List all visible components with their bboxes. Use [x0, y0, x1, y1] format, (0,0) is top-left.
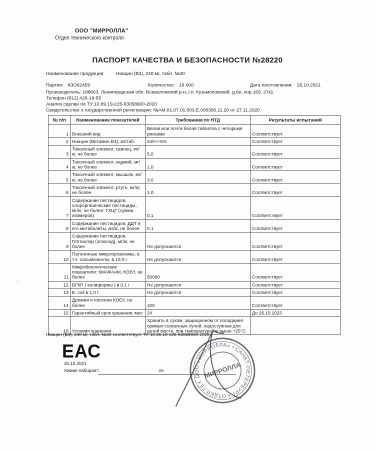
cell-num: 5 — [48, 171, 70, 184]
spec-table-body: 1Внешний видБелая или почти белая таблет… — [48, 125, 340, 335]
product-label: Наименование продукции: — [46, 71, 105, 77]
handwritten-initials: вв — [159, 368, 164, 373]
header-name: Наименование показателей — [70, 115, 145, 125]
field-product: Наименование продукции: Ниацин (В3), 240… — [46, 71, 185, 77]
phone-line: Телефон (812) 426-18-55 — [46, 96, 101, 102]
cell-req: 0,1 — [145, 197, 250, 220]
cell-name: Содержание пестицидов, хлорорганические … — [70, 197, 145, 220]
batch-value: КЗО92459 — [68, 83, 90, 89]
cell-req: 50000 — [145, 263, 250, 281]
scan-artifact: ‚ — [11, 420, 12, 425]
field-made-date: Дата изготовления: 26.10.2021 — [250, 83, 321, 89]
cell-num: 11 — [48, 263, 70, 281]
cell-req: Не допускаются — [145, 232, 250, 250]
cell-num: 13 — [48, 289, 70, 297]
cell-num: 1 — [48, 125, 70, 138]
table-row: 3Токсичный элемент, свинец, мг/кг, не бо… — [48, 145, 340, 158]
cell-name: Содержание пестицидов, ДДТ и его метабол… — [70, 220, 145, 233]
cell-req: Не допускаются — [145, 250, 250, 263]
cell-res: До 26.10.2023 — [250, 309, 340, 317]
scanned-document-page: ООО "МИРРОЛЛА" Отдел технического контро… — [0, 0, 375, 450]
cell-name: БГКП ( колиформы ) в 0,1 г — [70, 281, 145, 289]
cell-name: Дрожжи и плесени КОЕ/г, не более — [70, 296, 145, 309]
cell-req: 100 — [145, 296, 250, 309]
made-date-label: Дата изготовления: — [250, 83, 293, 89]
table-row: 4Токсичный элемент, кадмий, мг/кг, не бо… — [48, 158, 340, 171]
company-name: ООО "МИРРОЛЛА" — [75, 28, 128, 34]
department-name: Отдел технического контроля — [55, 36, 124, 42]
cell-name: Микробиологические показатели: КМАФАнМ, … — [70, 263, 145, 281]
cell-num: 8 — [48, 220, 70, 233]
cell-name: E. coli в 1,0 г — [70, 289, 145, 297]
cell-num: 2 — [48, 138, 70, 146]
cell-res: Соответствует — [250, 289, 340, 297]
table-row: 8Содержание пестицидов, ДДТ и его метабо… — [48, 220, 340, 233]
cell-name: Токсичный элемент, мышьяк, мг/кг, не бол… — [70, 171, 145, 184]
scan-artifact: ·˙ — [215, 428, 218, 433]
cell-num: 3 — [48, 145, 70, 158]
cell-name: Патогенные микроорганизмы, в т.ч. сальмо… — [70, 250, 145, 263]
cell-name: Содержание пестицидов, Гептахлор (эпокси… — [70, 232, 145, 250]
cell-res: Соответствует — [250, 232, 340, 250]
cell-num: 10 — [48, 250, 70, 263]
registration-line: Свидетельство о государственной регистра… — [46, 108, 260, 114]
table-row: 14Дрожжи и плесени КОЕ/г, не более100Соо… — [48, 296, 340, 309]
table-header-row: № п/п Наименование показателей Требовани… — [48, 115, 340, 125]
cell-num: 15 — [48, 309, 70, 317]
header-result: Результаты испытаний — [250, 115, 340, 125]
signature-stroke — [165, 326, 270, 411]
cell-num: 4 — [48, 158, 70, 171]
made-date-value: 26.10.2021 — [297, 83, 321, 89]
cell-num: 14 — [48, 296, 70, 309]
spec-table: № п/п Наименование показателей Требовани… — [48, 115, 341, 335]
table-row: 11Микробиологические показатели: КМАФАнМ… — [48, 263, 340, 281]
table-row: 9Содержание пестицидов, Гептахлор (эпокс… — [48, 232, 340, 250]
quantity-label: Количество: — [148, 83, 175, 89]
manufacturer-line: Производитель: 188663, Ленинградская обл… — [46, 90, 273, 96]
cell-num: 9 — [48, 232, 70, 250]
cell-req: 24 — [145, 309, 250, 317]
table-row: 15Гарантийный срок хранения, мес24До 26.… — [48, 309, 340, 317]
cell-req: 3,0 — [145, 171, 250, 184]
eac-mark-logo: ЕАС — [62, 340, 101, 362]
cell-res: Соответствует — [250, 171, 340, 184]
cell-res: Соответствует — [250, 263, 340, 281]
table-row: 13E. coli в 1,0 гНе допускаютсяСоответст… — [48, 289, 340, 297]
cell-name: Гарантийный срок хранения, мес — [70, 309, 145, 317]
table-row: 12БГКП ( колиформы ) в 0,1 гНе допускают… — [48, 281, 340, 289]
field-batch: Партия: КЗО92459 — [46, 83, 90, 89]
cell-num: 12 — [48, 281, 70, 289]
cell-name: Внешний вид — [70, 125, 145, 138]
cell-name: Ниацин (Витамин В3), мг/таб. — [70, 138, 145, 146]
scan-artifact: · — [14, 139, 16, 144]
table-row: 5Токсичный элемент, мышьяк, мг/кг, не бо… — [48, 171, 340, 184]
cell-req: Не допускаются — [145, 281, 250, 289]
table-row: 6Токсичный элемент, ртуть, мг/кг, не бол… — [48, 184, 340, 197]
scan-artifact: ˣ — [17, 280, 18, 285]
cell-res: Соответствует — [250, 197, 340, 220]
cell-res: Соответствует — [250, 125, 340, 138]
cell-name: Токсичный элемент, свинец, мг/кг, не бол… — [70, 145, 145, 158]
cell-res: Соответствует — [250, 158, 340, 171]
signatory-label: Химик-лаборант: — [64, 368, 100, 373]
cell-res: Соответствует — [250, 250, 340, 263]
analysis-line: Анализ сделан по ТУ 10.89.19-225-6305890… — [46, 102, 157, 108]
field-quantity: Количество: 19 000 — [148, 83, 194, 89]
cell-req: Белая или почти белая таблетка с четырьм… — [145, 125, 250, 138]
product-value: Ниацин (В3), 240 мг, табл. №40 — [116, 71, 185, 77]
cell-res: Соответствует — [250, 220, 340, 233]
cell-req: 1,0 — [145, 158, 250, 171]
table-row: 2Ниацин (Витамин В3), мг/таб.240+/-5%Соо… — [48, 138, 340, 146]
cell-num: 6 — [48, 184, 70, 197]
cell-res: Соответствует — [250, 145, 340, 158]
cell-req: Не допускаются — [145, 289, 250, 297]
signature-date: 26.10.2021 — [64, 361, 87, 366]
cell-res: Соответствует — [250, 296, 340, 309]
table-row: 10Патогенные микроорганизмы, в т.ч. саль… — [48, 250, 340, 263]
cell-name: Токсичный элемент, кадмий, мг/кг, не бол… — [70, 158, 145, 171]
header-requirement: Требования по НТД — [145, 115, 250, 125]
quality-passport: ООО "МИРРОЛЛА" Отдел технического контро… — [0, 0, 375, 450]
header-num: № п/п — [48, 115, 70, 125]
table-row: 1Внешний видБелая или почти белая таблет… — [48, 125, 340, 138]
batch-label: Партия: — [46, 83, 63, 89]
cell-res: Соответствует — [250, 138, 340, 146]
cell-req: 0,1 — [145, 220, 250, 233]
table-row: 7Содержание пестицидов, хлорорганические… — [48, 197, 340, 220]
cell-res: Соответствует — [250, 281, 340, 289]
cell-name: Токсичный элемент, ртуть, мг/кг, не боле… — [70, 184, 145, 197]
cell-req: 240+/-5% — [145, 138, 250, 146]
cell-num: 7 — [48, 197, 70, 220]
document-title: ПАСПОРТ КАЧЕСТВА И БЕЗОПАСНОСТИ №28220 — [0, 56, 375, 65]
cell-req: 1,0 — [145, 184, 250, 197]
cell-req: 5,0 — [145, 145, 250, 158]
quantity-value: 19 000 — [179, 83, 194, 89]
cell-res: Соответствует — [250, 184, 340, 197]
